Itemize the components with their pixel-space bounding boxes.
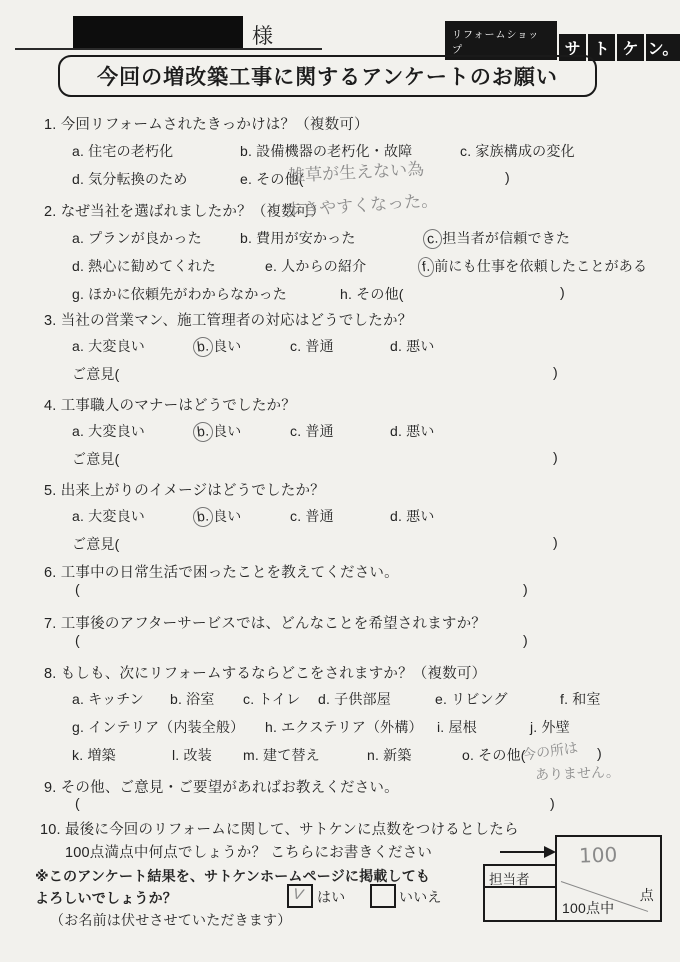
q5-option-b-label: 良い	[213, 508, 241, 524]
q8-option-n: n. 新築	[367, 745, 412, 765]
q8-option-h: h. エクステリア（外構）	[265, 717, 423, 737]
q7-answer-open: (	[75, 632, 80, 648]
q9-answer-close: )	[550, 795, 555, 811]
q6-answer-close: )	[523, 581, 528, 597]
q5-option-d: d. 悪い	[390, 506, 435, 526]
q8-option-j: j. 外壁	[530, 717, 570, 737]
redacted-customer-name	[73, 16, 243, 49]
q4-opinion-label: ご意見(	[72, 449, 119, 469]
consent-privacy-note: （お名前は伏せさせていただきます）	[50, 910, 291, 930]
survey-title: 今回の増改築工事に関するアンケートのお願い	[97, 61, 558, 91]
q3-opinion-label: ご意見(	[72, 364, 119, 384]
q8-option-b: b. 浴室	[170, 689, 215, 709]
q7-answer-close: )	[523, 632, 528, 648]
q8-option-o-close: )	[597, 745, 602, 761]
q6-title: 6. 工事中の日常生活で困ったことを教えてください。	[44, 561, 399, 582]
q4-option-b-circled: b.良い	[193, 421, 241, 442]
q8-option-k: k. 増築	[72, 745, 116, 765]
q4-option-b-label: 良い	[213, 423, 241, 439]
q8-option-d: d. 子供部屋	[318, 689, 391, 709]
q2-option-d: d. 熱心に勧めてくれた	[72, 256, 216, 276]
q3-option-d: d. 悪い	[390, 336, 435, 356]
q8-option-c: c. トイレ	[243, 689, 300, 709]
q8-handwritten-other-line2: ありません。	[535, 762, 620, 785]
q8-handwritten-other: 今の所は	[521, 737, 579, 765]
q4-opinion-close: )	[553, 449, 558, 465]
q2-option-b: b. 費用が安かった	[240, 228, 356, 248]
survey-page: 様 リフォームショップ サ ト ケ ン。 今回の増改築工事に関するアンケートのお…	[0, 0, 680, 962]
q8-title: 8. もしも、次にリフォームするならどこをされますか？（複数可）	[44, 662, 486, 683]
q5-option-a: a. 大変良い	[72, 506, 145, 526]
q2-option-f-label: 前にも仕事を依頼したことがある	[434, 258, 647, 274]
q5-option-c: c. 普通	[290, 506, 334, 526]
q2-option-g: g. ほかに依頼先がわからなかった	[72, 284, 287, 304]
score-box: 100 点 100点中	[555, 835, 662, 922]
handwritten-check-mark: V	[292, 885, 304, 903]
score-unit-label: 点	[640, 885, 654, 905]
staff-box-divider	[485, 886, 555, 888]
arrow-line	[500, 851, 546, 853]
q5-option-b-circled: b.良い	[193, 506, 241, 527]
survey-title-box: 今回の増改築工事に関するアンケートのお願い	[58, 55, 597, 97]
q8-option-g: g. インテリア（内装全般）	[72, 717, 244, 737]
checkbox-yes-label: はい	[317, 887, 345, 907]
q3-title: 3. 当社の営業マン、施工管理者の対応はどうでしたか？	[44, 309, 412, 330]
handwritten-score: 100	[579, 842, 618, 867]
q7-title: 7. 工事後のアフターサービスでは、どんなことを希望されますか？	[44, 612, 486, 633]
q2-option-c-circled: c.担当者が信頼できた	[423, 228, 570, 249]
q2-option-e: e. 人からの紹介	[265, 256, 366, 276]
q5-title: 5. 出来上がりのイメージはどうでしたか？	[44, 479, 325, 500]
consent-line1: ※このアンケート結果を、サトケンホームページに掲載しても	[35, 866, 430, 886]
q8-option-m: m. 建て替え	[243, 745, 320, 765]
q10-title-line2: 100点満点中何点でしょうか？ こちらにお書きください	[65, 841, 432, 862]
q2-title: 2. なぜ当社を選ばれましたか？（複数可）	[44, 200, 325, 221]
q1-handwritten-other-line2: 歩きやすくなった。	[284, 186, 438, 222]
name-suffix: 様	[252, 20, 273, 50]
q1-option-e-close: )	[505, 169, 510, 185]
logo-char-3: ケ	[617, 34, 644, 61]
q8-option-l: l. 改装	[172, 745, 212, 765]
q1-option-a: a. 住宅の老朽化	[72, 141, 173, 161]
q3-option-c: c. 普通	[290, 336, 334, 356]
q8-option-a: a. キッチン	[72, 689, 144, 709]
q3-circle-mark-b: b.	[192, 336, 214, 358]
q3-option-b-label: 良い	[213, 338, 241, 354]
checkbox-yes: V	[287, 884, 313, 908]
consent-line2: よろしいでしょうか？	[35, 888, 177, 908]
q8-option-i: i. 屋根	[437, 717, 477, 737]
q2-circle-mark-c: c.	[422, 228, 443, 250]
q8-option-f: f. 和室	[560, 689, 601, 709]
q1-title: 1. 今回リフォームされたきっかけは？（複数可）	[44, 113, 369, 134]
name-underline	[15, 48, 322, 50]
q4-title: 4. 工事職人のマナーはどうでしたか？	[44, 394, 296, 415]
checkbox-no	[370, 884, 396, 908]
score-denominator-label: 100点中	[562, 898, 614, 918]
q3-option-b-circled: b.良い	[193, 336, 241, 357]
q1-option-d: d. 気分転換のため	[72, 169, 188, 189]
q6-answer-open: (	[75, 581, 80, 597]
q2-option-a: a. プランが良かった	[72, 228, 202, 248]
q8-option-e: e. リビング	[435, 689, 508, 709]
q2-option-h: h. その他(	[340, 284, 404, 304]
q5-circle-mark-b: b.	[192, 506, 214, 528]
q4-option-d: d. 悪い	[390, 421, 435, 441]
q4-option-a: a. 大変良い	[72, 421, 145, 441]
q9-answer-open: (	[75, 795, 80, 811]
q4-circle-mark-b: b.	[192, 421, 214, 443]
q2-option-f-circled: f.前にも仕事を依頼したことがある	[418, 256, 647, 277]
staff-label: 担当者	[489, 868, 530, 888]
q3-opinion-close: )	[553, 364, 558, 380]
q3-option-a: a. 大変良い	[72, 336, 145, 356]
logo-char-4: ン。	[646, 34, 680, 61]
q9-title: 9. その他、ご意見・ご要望があればお教えください。	[44, 776, 399, 797]
q10-title-line1: 10. 最後に今回のリフォームに関して、サトケンに点数をつけるとしたら	[40, 818, 519, 839]
q5-opinion-close: )	[553, 534, 558, 550]
q2-option-h-close: )	[560, 284, 565, 300]
checkbox-no-label: いいえ	[399, 887, 442, 907]
staff-box: 担当者	[483, 864, 555, 922]
q4-option-c: c. 普通	[290, 421, 334, 441]
q1-option-c: c. 家族構成の変化	[460, 141, 575, 161]
q2-option-c-label: 担当者が信頼できた	[442, 230, 570, 246]
q8-option-o: o. その他(	[462, 745, 526, 765]
q5-opinion-label: ご意見(	[72, 534, 119, 554]
q2-circle-mark-f: f.	[417, 256, 435, 278]
